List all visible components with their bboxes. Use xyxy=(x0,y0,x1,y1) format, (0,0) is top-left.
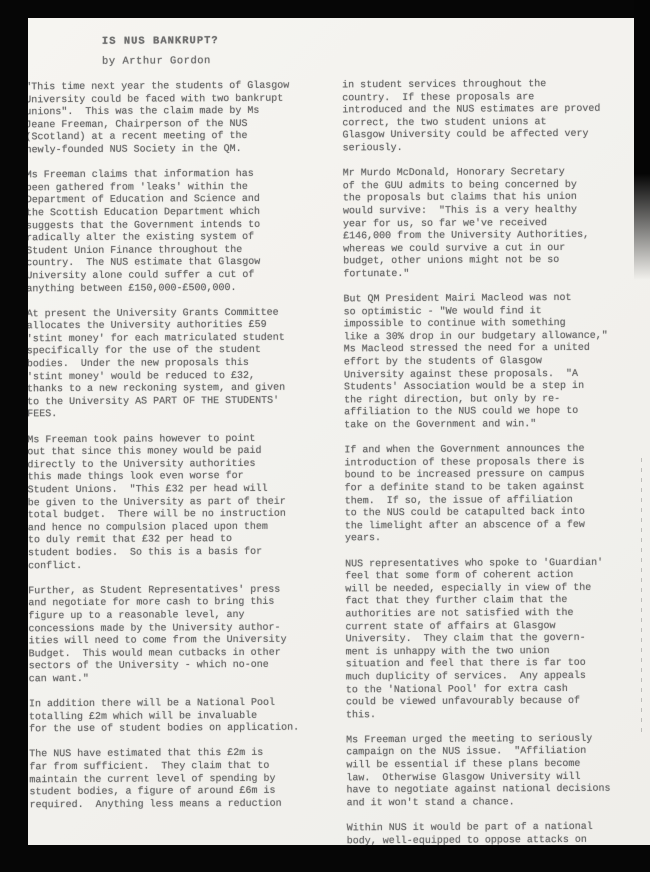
paragraph: NUS representatives who spoke to 'Guardi… xyxy=(345,557,646,723)
article-header: IS NUS BANKRUPT? by Arthur Gordon xyxy=(102,31,219,72)
text-line: NUS representatives who spoke to 'Guardi… xyxy=(345,557,645,571)
paragraph: "This time next year the students of Gla… xyxy=(28,80,332,157)
text-line: introduced and the NUS estimates are pro… xyxy=(342,104,642,118)
paragraph: Ms Freeman took pains however to pointou… xyxy=(28,433,334,573)
text-line: "This time next year the students of Gla… xyxy=(28,80,331,94)
page-title: IS NUS BANKRUPT? xyxy=(102,31,219,52)
page-content: IS NUS BANKRUPT? by Arthur Gordon "This … xyxy=(28,18,650,845)
text-line: newly-founded NUS Society in the QM. xyxy=(28,143,332,157)
paragraph: In addition there will be a National Poo… xyxy=(29,697,335,737)
paragraph: in student services throughout thecountr… xyxy=(342,78,642,155)
paragraph: Ms Freeman urged the meeting to seriousl… xyxy=(346,733,646,810)
paragraph: Further, as Student Representatives' pre… xyxy=(28,584,335,687)
text-line: fortunate." xyxy=(343,267,643,281)
text-line: take on the Government and win." xyxy=(344,419,644,433)
text-line: for the use of student bodies on applica… xyxy=(29,723,335,737)
right-column: in student services throughout thecountr… xyxy=(342,78,647,845)
text-line: seriously. xyxy=(343,141,643,155)
paragraph: If and when the Government announces the… xyxy=(344,444,645,547)
scan-artifact-marks xyxy=(641,458,642,738)
text-line: can want." xyxy=(29,672,335,686)
text-line: body, well-equipped to oppose attacks on xyxy=(347,834,647,845)
text-line: years. xyxy=(345,532,645,546)
scanned-article-page: { "colors": { "paper": "#f3f2ee", "ink":… xyxy=(0,0,650,872)
text-line: this. xyxy=(346,708,646,722)
text-line: have to negotiate against national decis… xyxy=(346,784,646,798)
text-line: conflict. xyxy=(28,559,334,573)
photo-border-strip xyxy=(634,0,650,280)
paragraph: The NUS have estimated that this £2m isf… xyxy=(29,748,335,813)
paragraph: Within NUS it would be part of a nationa… xyxy=(347,822,647,845)
text-line: FEES. xyxy=(28,408,333,422)
text-line: and it won't stand a chance. xyxy=(347,796,647,810)
paragraph: Ms Freeman claims that information hasbe… xyxy=(28,169,332,297)
text-line: anything between £150,000-£500,000. xyxy=(28,282,332,296)
left-column: "This time next year the students of Gla… xyxy=(28,80,336,825)
text-line: required. Anything less means a reductio… xyxy=(30,798,336,812)
paragraph: At present the University Grants Committ… xyxy=(28,307,333,422)
paper-scan: IS NUS BANKRUPT? by Arthur Gordon "This … xyxy=(28,18,650,845)
paragraph: Mr Murdo McDonald, Honorary Secretaryof … xyxy=(343,167,644,282)
paragraph: But QM President Mairi Macleod was notso… xyxy=(343,293,644,433)
byline: by Arthur Gordon xyxy=(102,51,219,72)
